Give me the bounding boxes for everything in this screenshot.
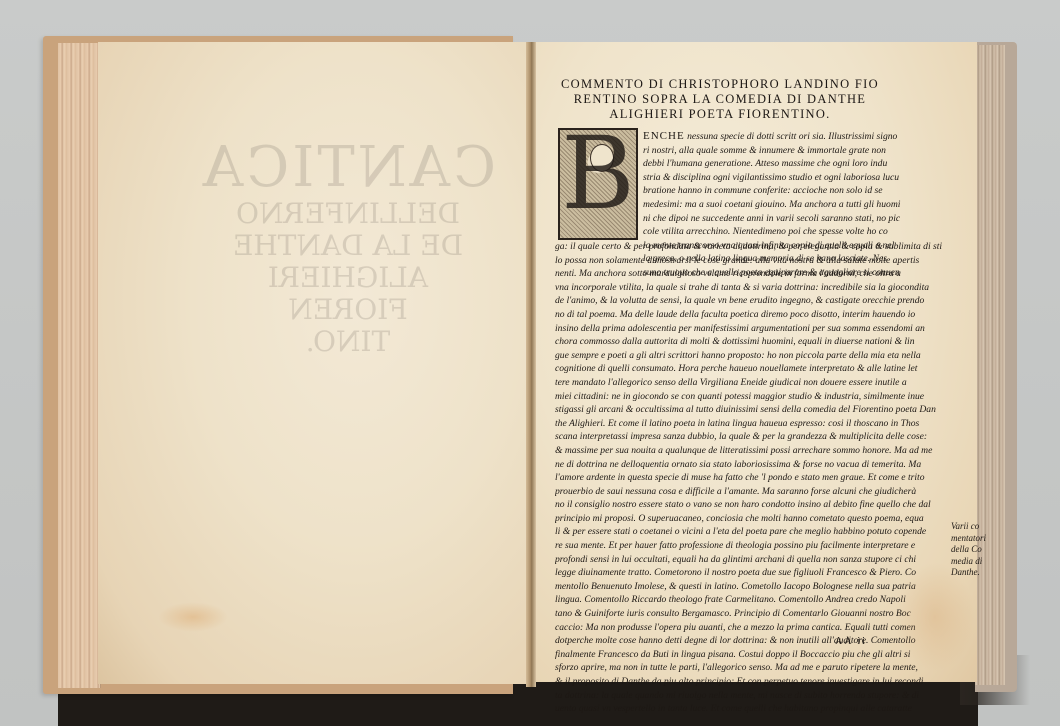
left-page-edges: [58, 43, 101, 688]
text-line: uento quasi vn vespertello in tanta luce…: [555, 702, 943, 716]
text-line: caccio: Ma non produsse l'opera piu auan…: [555, 621, 943, 635]
text-line: stigassi gli arcani & occultissima al tu…: [555, 403, 943, 417]
text-line: vna incorporale vtilita, la quale si tra…: [555, 281, 943, 295]
text-line: miei cittadini: ne in giocondo se con qu…: [555, 390, 943, 404]
text-line: re sua mente. Et per hauer fatto profess…: [555, 539, 943, 553]
text-line: de l'animo, & la volutta de sensi, la qu…: [555, 294, 943, 308]
right-page-edges: [975, 45, 1005, 685]
bleed-through-line: FIOREN: [198, 296, 498, 324]
signature-mark: AA ii: [835, 636, 867, 647]
text-line: no il consiglio nostro essere stato o va…: [555, 498, 943, 512]
body-text-full-width: ga: il quale certo & per profondata & va…: [555, 240, 943, 716]
heading-line: COMMENTO DI CHRISTOPHORO LANDINO FIO: [555, 77, 885, 92]
text-line: sforzo aprire, ma non in tutte le parti,…: [555, 661, 943, 675]
first-word: ENCHE: [643, 130, 685, 142]
text-line: tere mandato l'allegorico senso della Vi…: [555, 376, 943, 390]
text-line: bratione hanno in commune conferite: acc…: [643, 184, 943, 198]
text-line: finalmente Francesco da Buti in lingua p…: [555, 648, 943, 662]
marginal-note-line: Danthe.: [951, 567, 991, 579]
text-line: & il proposito di Danthe da piu alto pri…: [555, 675, 943, 689]
marginal-note-line: Varii co: [951, 521, 991, 533]
text-line: li & per essere stati o coetanei o vicin…: [555, 525, 943, 539]
text-line: principio mi proposi. O superuacaneo, co…: [555, 512, 943, 526]
text-line: profondi sensi in lui occultati, equali …: [555, 553, 943, 567]
text-line: medesimi: ma a suoi coetani giouino. Ma …: [643, 198, 943, 212]
text-line: cognitione di quelli consumato. Hora per…: [555, 362, 943, 376]
text-line: ga: il quale certo & per profondata & va…: [555, 240, 943, 254]
text-line: chora commosso dalla auttorita di molti …: [555, 335, 943, 349]
left-page: CANTICA DELLINFERNO DE LA DANTHE ALIGHIE…: [98, 42, 528, 684]
woodcut-initial-illustration: B: [558, 128, 638, 240]
text-line: stria & disciplina ogni vigilantissimo s…: [643, 171, 943, 185]
bleed-through-line: TINO.: [198, 328, 498, 356]
text-line: ENCHE nessuna specie di dotti scritt ori…: [643, 130, 943, 144]
marginal-note-line: della Co: [951, 544, 991, 556]
text-line: the Alighieri. Et come il latino poeta i…: [555, 417, 943, 431]
text-line: gue sempre e poeti a gli altri scrittori…: [555, 349, 943, 363]
text-line: ne di dottrina ne delloquentia ornato si…: [555, 458, 943, 472]
bleed-through-line: CANTICA: [198, 140, 498, 196]
text-line: no di tal poema. Ma delle laude della fa…: [555, 308, 943, 322]
heading-line: RENTINO SOPRA LA COMEDIA DI DANTHE: [555, 92, 885, 107]
text-line: tano & Guiniforte iuris consulto Bergama…: [555, 607, 943, 621]
text-line: prouerbio de saui nessuna cosa e diffici…: [555, 485, 943, 499]
text-line: dotperche molte cose hanno detti degne d…: [555, 634, 943, 648]
text-line: l'amore ardente in questa specie di muse…: [555, 471, 943, 485]
text-line: ni che dipoi ne succedente anni in varii…: [643, 212, 943, 226]
bleed-through-line: ALIGHIERI: [198, 264, 498, 292]
text-line: nenti. Ma anchora sotto marauiglioso vel…: [555, 267, 943, 281]
text-line: ta dottrina: la quale quando mi riuolgo …: [555, 689, 943, 703]
book-gutter: [526, 42, 536, 687]
bleed-through-line: DE LA DANTHE: [198, 232, 498, 260]
marginal-note-line: media di: [951, 556, 991, 568]
text-line: cole vtilita arrecchino. Nientedimeno po…: [643, 225, 943, 239]
text-line: lingua. Comentollo Riccardo theologo fra…: [555, 593, 943, 607]
marginal-note-line: mentatori: [951, 533, 991, 545]
text-line: mentollo Benuenuto Imolese, & questi in …: [555, 580, 943, 594]
text-line: debbi l'humana generatione. Atteso massi…: [643, 157, 943, 171]
text-line: legge diuinamente tratto. Cometorono il …: [555, 566, 943, 580]
text-line: & massime per sua nouita a qualunque de …: [555, 444, 943, 458]
text-line: lo possa non solamente dimostrarsi le co…: [555, 254, 943, 268]
bleed-through-line: DELLINFERNO: [198, 200, 498, 228]
decorated-initial-letter: B: [560, 124, 636, 224]
text-line: ri nostri, alla quale somme & innumere &…: [643, 144, 943, 158]
text-line: scana interpretassi impresa sanza dubbio…: [555, 430, 943, 444]
text-line: insino della prima adolescentia per mani…: [555, 322, 943, 336]
right-page: COMMENTO DI CHRISTOPHORO LANDINO FIO REN…: [535, 42, 977, 682]
marginal-note: Varii co mentatori della Co media di Dan…: [951, 521, 991, 579]
